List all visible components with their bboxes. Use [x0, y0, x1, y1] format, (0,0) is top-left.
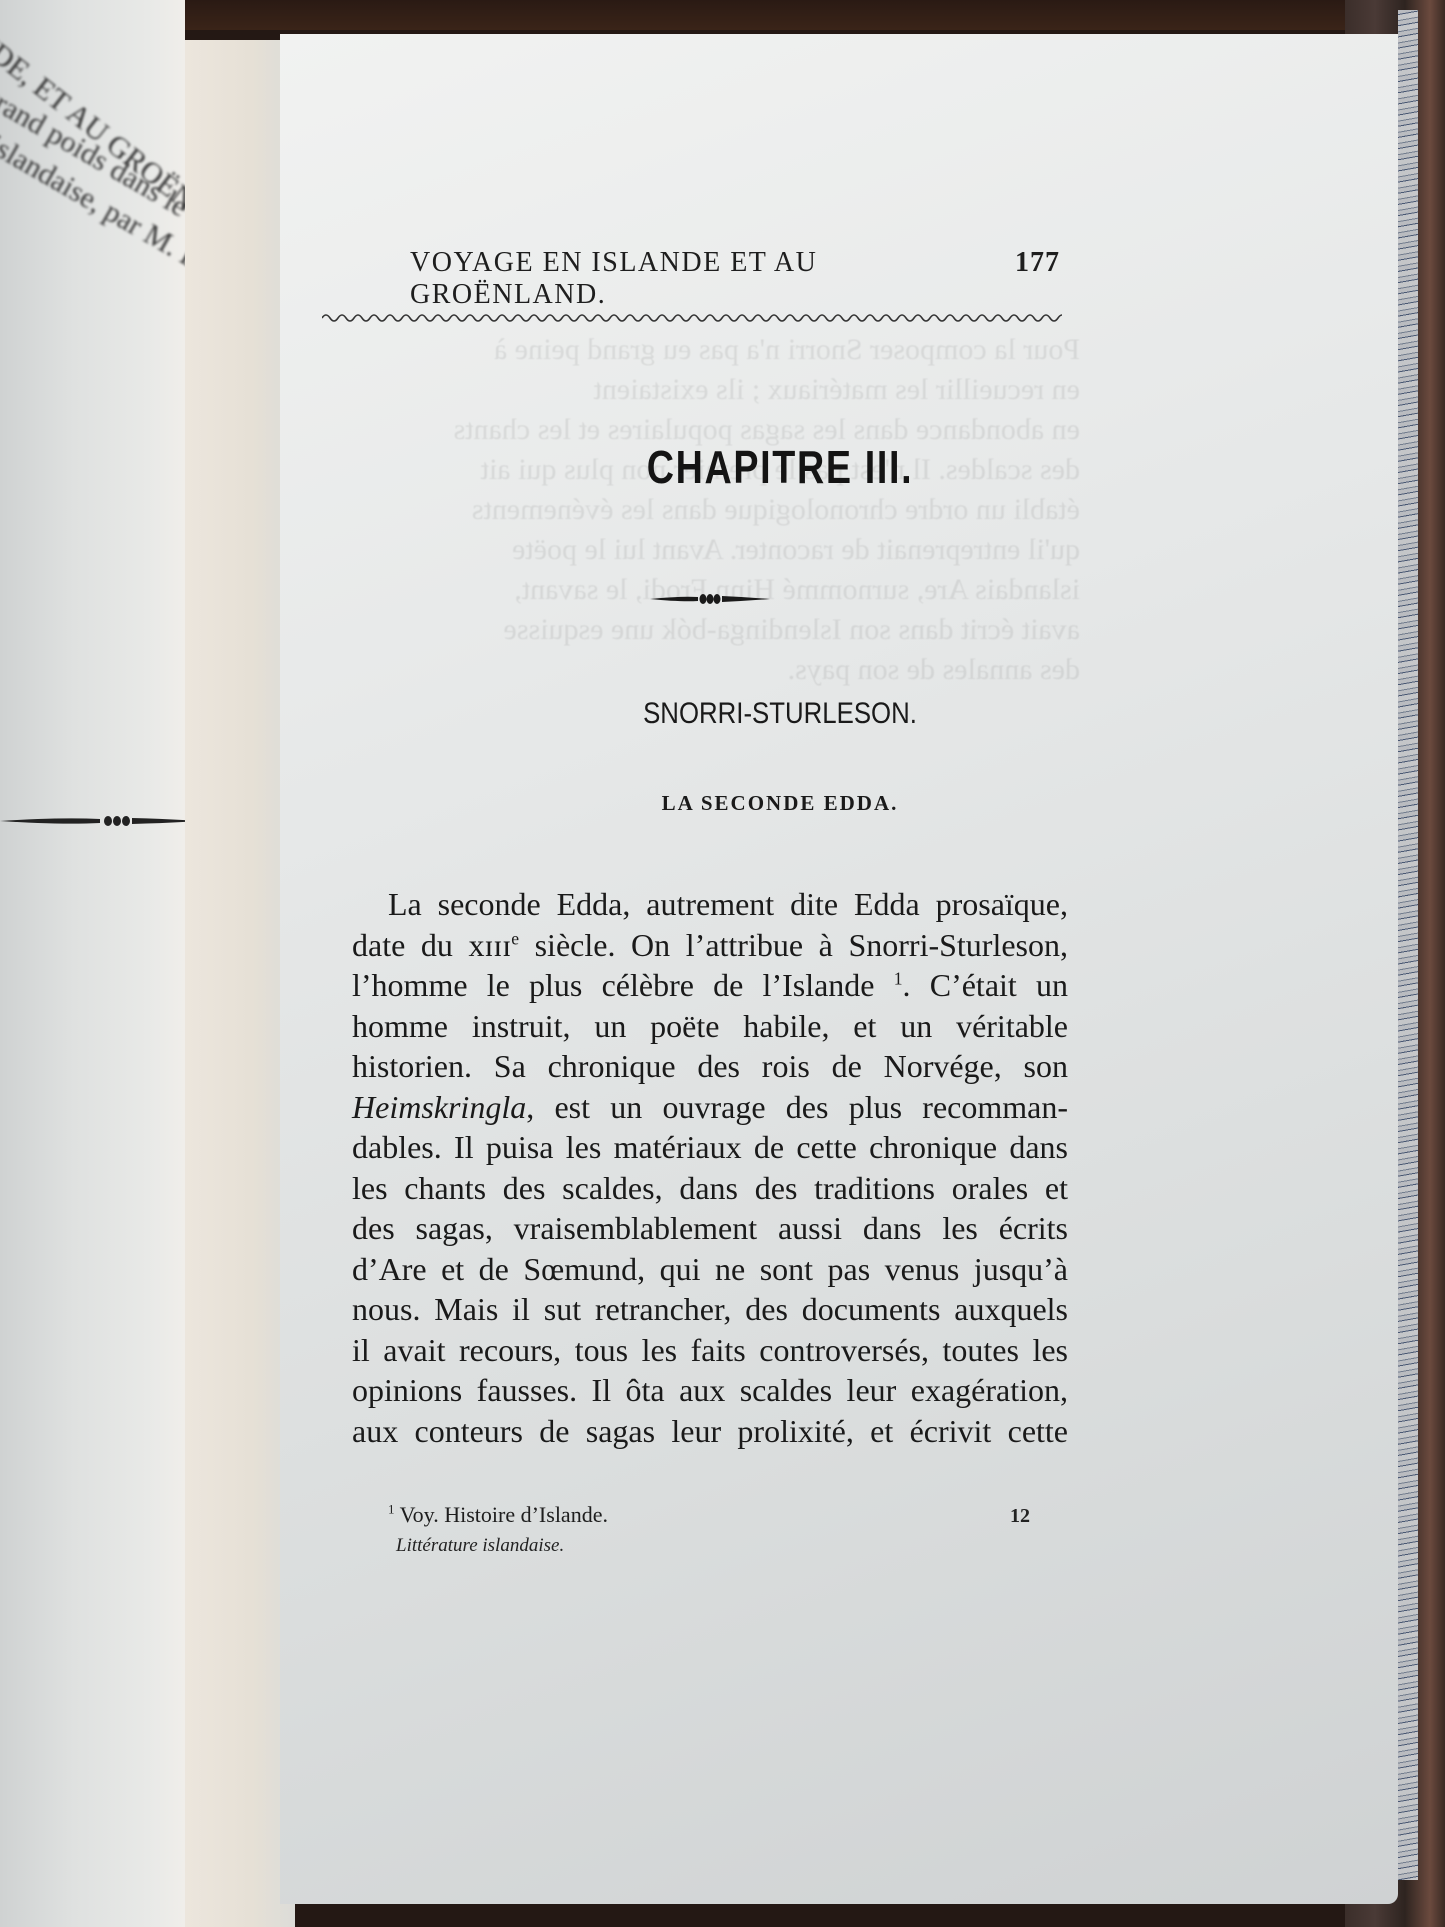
show-through-text: Pour la composer Snorri n'a pas eu grand…: [340, 330, 1080, 690]
body-line-text: . C’était un: [903, 967, 1069, 1003]
signature-number: 12: [1010, 1505, 1030, 1528]
body-line: d’Are et de Sœmund, qui ne sont pas venu…: [352, 1249, 1068, 1290]
body-line: date du xɪɪɪe siècle. On l’attribue à Sn…: [352, 925, 1068, 966]
body-line: dables. Il puisa les matériaux de cette …: [352, 1127, 1068, 1168]
body-line: Heimskringla, est un ouvrage des plus re…: [352, 1087, 1068, 1128]
body-line: les chants des scaldes, dans des traditi…: [352, 1168, 1068, 1209]
page-gutter: [185, 40, 295, 1927]
footnote: 1 Voy. Histoire d’Islande.: [388, 1502, 608, 1528]
body-line: des sagas, vraisemblablement aussi dans …: [352, 1208, 1068, 1249]
footnote-marker: 1: [388, 1502, 395, 1517]
wavy-rule-divider: [322, 312, 1062, 324]
body-line-text: , est un ouvrage des plus recomman-: [526, 1089, 1068, 1125]
body-line: nous. Mais il sut retrancher, des docume…: [352, 1289, 1068, 1330]
previous-page: ANDE, ET AU GROËNLAND. un grand poids da…: [0, 0, 185, 1927]
body-line: historien. Sa chronique des rois de Norv…: [352, 1046, 1068, 1087]
body-line: aux conteurs de sagas leur prolixité, et…: [352, 1411, 1068, 1452]
body-line: homme instruit, un poëte habile, et un v…: [352, 1006, 1068, 1047]
body-line: il avait recours, tous les faits controv…: [352, 1330, 1068, 1371]
body-line: opinions fausses. Il ôta aux scaldes leu…: [352, 1370, 1068, 1411]
chapter-ornament-icon: [650, 592, 770, 606]
marbled-page-edge: [1398, 10, 1418, 1880]
background-top: [180, 0, 1445, 30]
running-head: VOYAGE EN ISLANDE ET AU GROËNLAND. 177: [410, 247, 1060, 311]
italic-title: Heimskringla: [352, 1089, 526, 1125]
section-ornament-icon: [0, 815, 185, 827]
body-line-text: l’homme le plus célèbre de l’Islande: [352, 967, 894, 1003]
body-text: La seconde Edda, autrement dite Edda pro…: [352, 884, 1068, 1451]
ordinal-superscript: e: [511, 928, 519, 948]
subsection-title: LA SECONDE EDDA.: [280, 791, 1280, 816]
running-head-title: VOYAGE EN ISLANDE ET AU GROËNLAND.: [410, 247, 1015, 311]
footnote-reference: 1: [894, 968, 903, 988]
footnote-text: Voy. Histoire d’Islande.: [400, 1502, 608, 1527]
century-numeral: date du xɪɪɪ: [352, 927, 511, 963]
section-title: SNORRI-STURLESON.: [350, 697, 1210, 731]
body-line: l’homme le plus célèbre de l’Islande 1. …: [352, 965, 1068, 1006]
chapter-title: CHAPITRE III.: [370, 440, 1190, 494]
page-number: 177: [1015, 247, 1060, 279]
body-line: La seconde Edda, autrement dite Edda pro…: [352, 884, 1068, 925]
signature-title: Littérature islandaise.: [396, 1535, 564, 1557]
body-line-text: siècle. On l’attribue à Snorri-Sturleson…: [519, 927, 1068, 963]
